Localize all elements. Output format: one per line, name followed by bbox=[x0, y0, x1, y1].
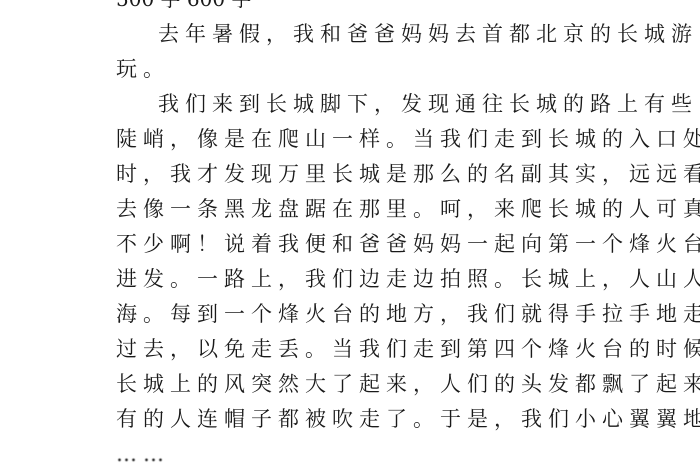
text-line: 海。每到一个烽火台的地方，我们就得手拉手地走 bbox=[116, 297, 586, 332]
text-line: 时，我才发现万里长城是那么的名副其实，远远看 bbox=[116, 157, 586, 192]
text-line: 有的人连帽子都被吹走了。于是，我们小心翼翼地 bbox=[116, 402, 586, 437]
text-line: 长城上的风突然大了起来，人们的头发都飘了起来， bbox=[116, 367, 586, 402]
text-line-cutoff: …… bbox=[116, 437, 586, 470]
text-line: 我们来到长城脚下，发现通往长城的路上有些 bbox=[116, 87, 586, 122]
text-line: 陡峭，像是在爬山一样。当我们走到长城的入口处 bbox=[116, 122, 586, 157]
text-line: 去像一条黑龙盘踞在那里。呵，来爬长城的人可真 bbox=[116, 192, 586, 227]
paragraph-2: 我们来到长城脚下，发现通往长城的路上有些 陡峭，像是在爬山一样。当我们走到长城的… bbox=[116, 87, 586, 470]
text-line: 不少啊！说着我便和爸爸妈妈一起向第一个烽火台 bbox=[116, 227, 586, 262]
text-line: 玩。 bbox=[116, 52, 586, 87]
paragraph-1: 去年暑假，我和爸爸妈妈去首都北京的长城游 玩。 bbox=[116, 17, 586, 87]
text-line: 过去，以免走丢。当我们走到第四个烽火台的时候， bbox=[116, 332, 586, 367]
document-page: 500 字 600 字 去年暑假，我和爸爸妈妈去首都北京的长城游 玩。 我们来到… bbox=[116, 0, 586, 470]
text-line: 进发。一路上，我们边走边拍照。长城上，人山人 bbox=[116, 262, 586, 297]
text-line: 去年暑假，我和爸爸妈妈去首都北京的长城游 bbox=[116, 17, 586, 52]
document-title: 500 字 600 字 bbox=[116, 0, 586, 17]
